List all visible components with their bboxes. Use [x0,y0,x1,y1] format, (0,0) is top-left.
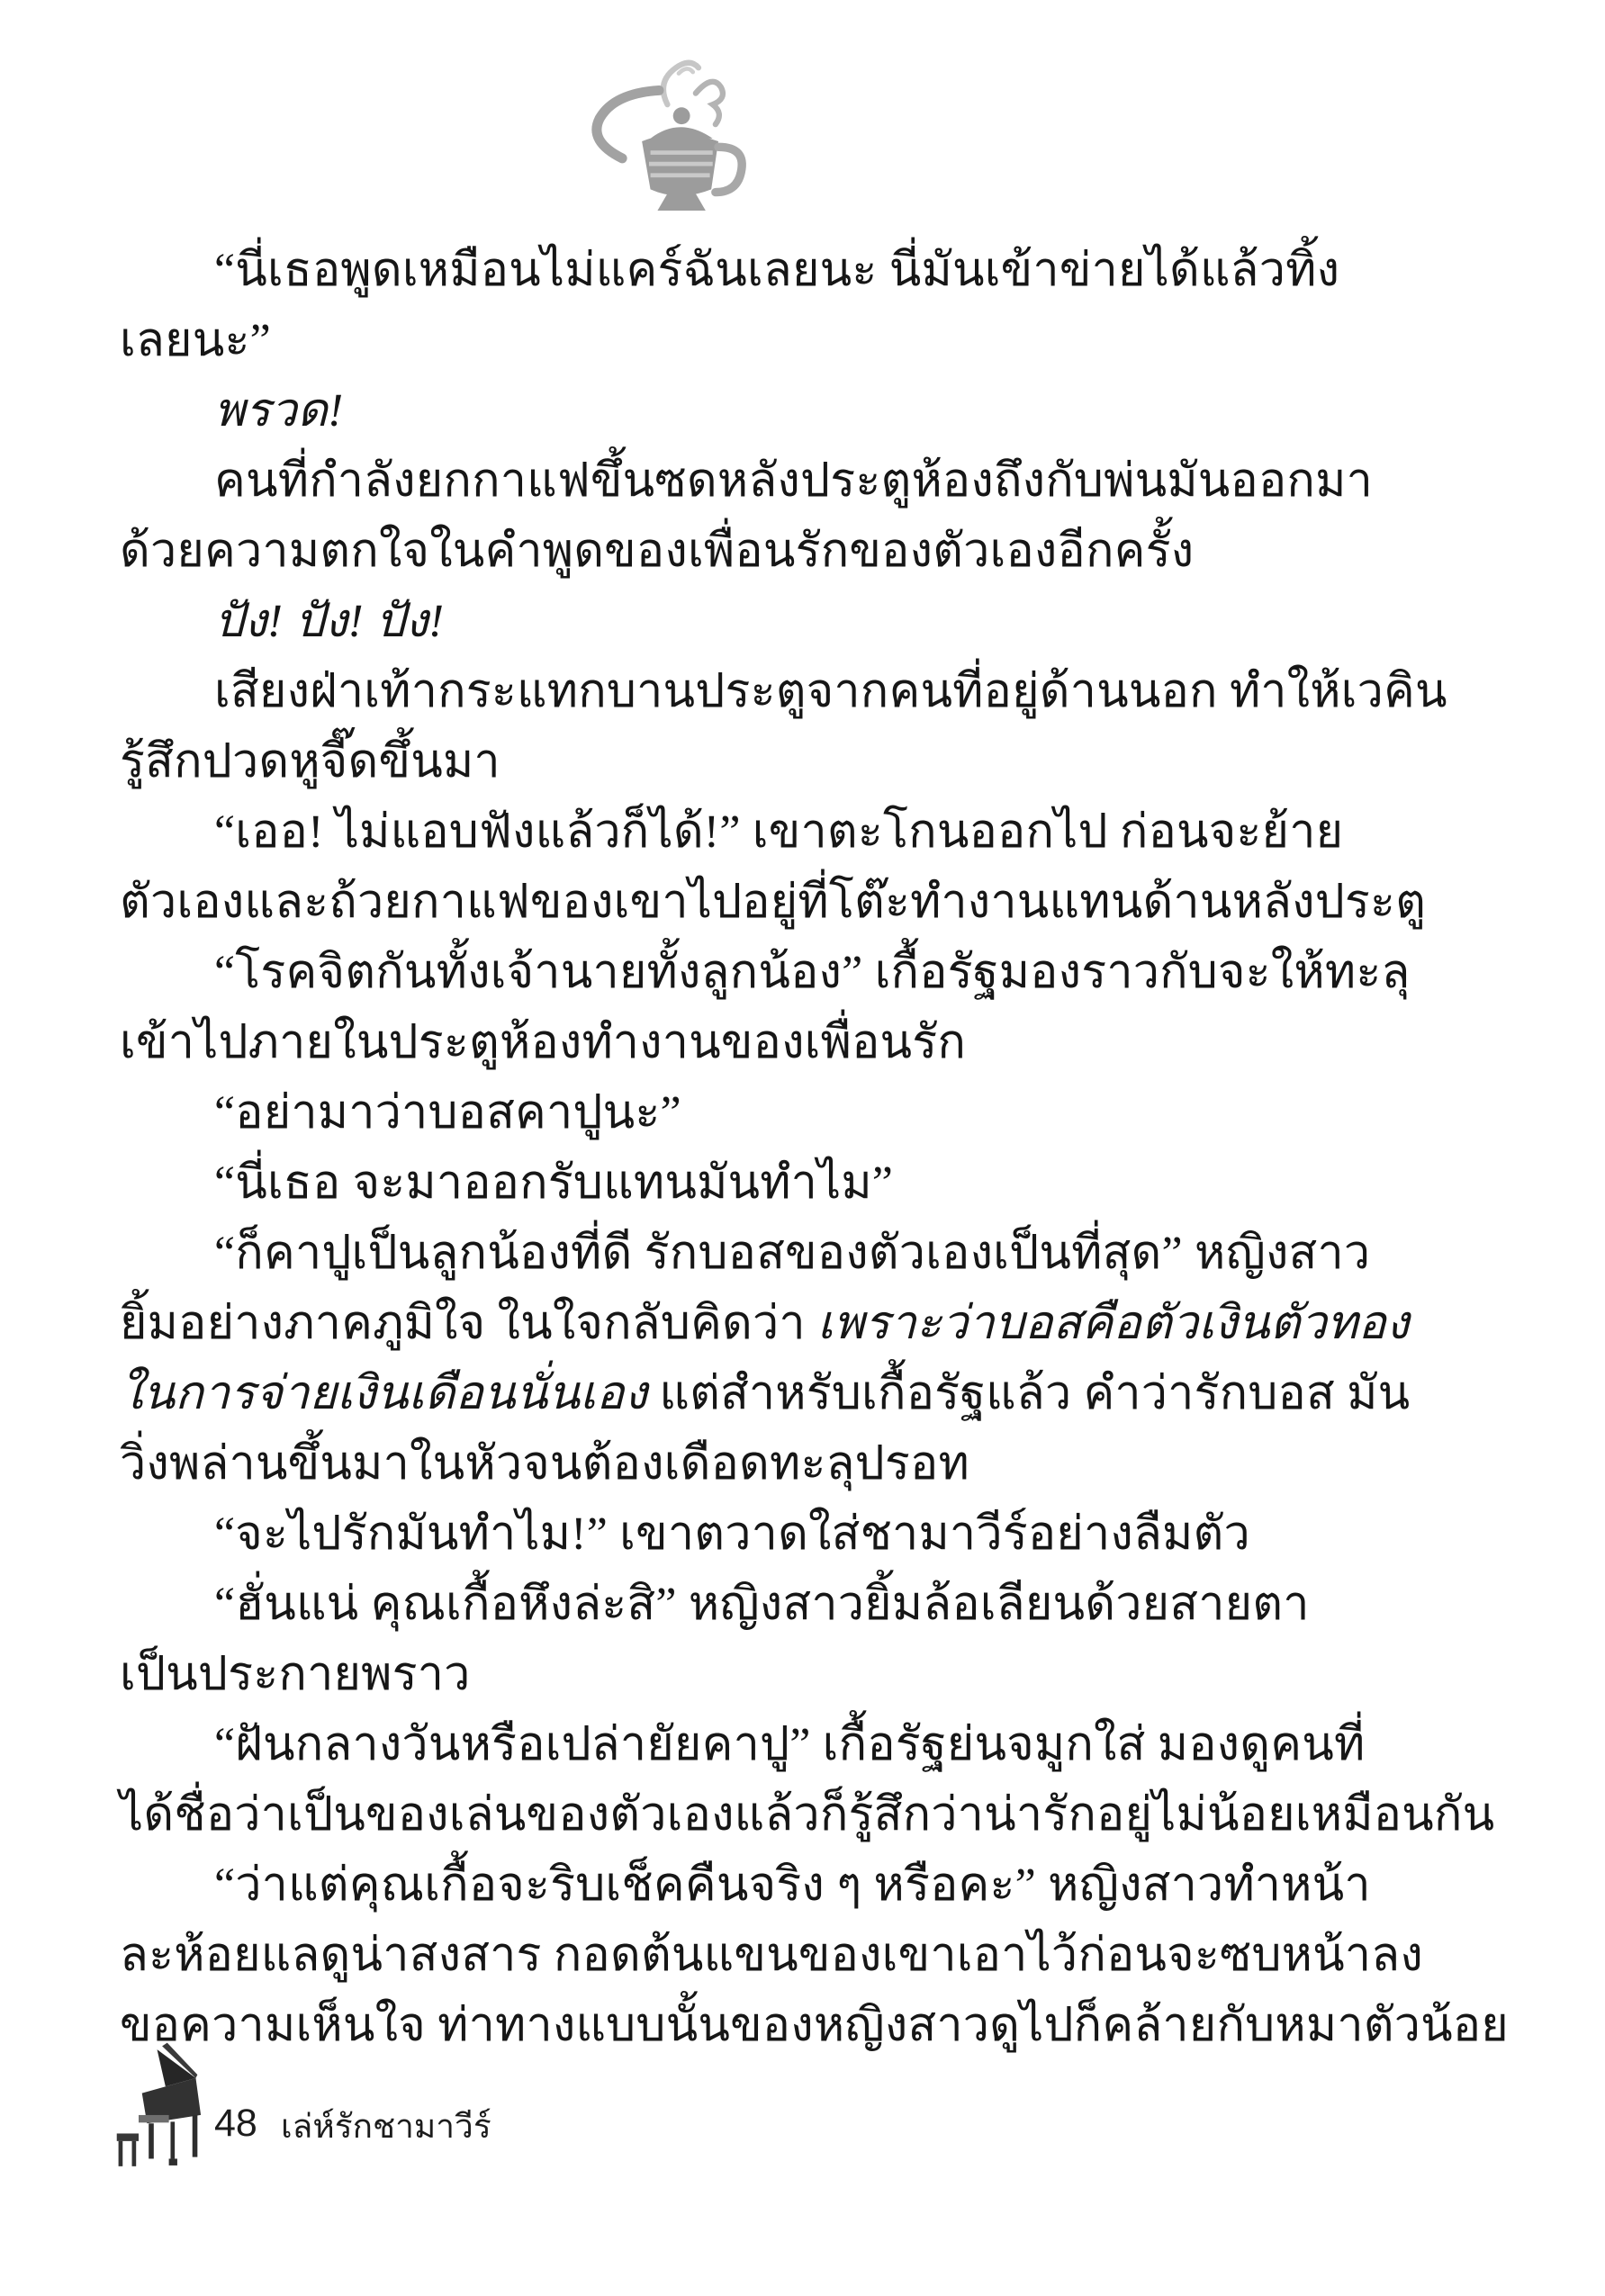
text-line: ในการจ่ายเงินเดือนนั่นเอง แต่สำหรับเกื้อ… [120,1359,1497,1429]
text-segment: แต่สำหรับเกื้อรัฐแล้ว คำว่ารักบอส มัน [647,1368,1410,1419]
text-line: “ก็คาปูเป็นลูกน้องที่ดี รักบอสของตัวเองเ… [120,1219,1497,1289]
book-title: เล่ห์รักชามาวีร์ [281,2106,491,2147]
text-segment: ละห้อยแลดูน่าสงสาร กอดต้นแขนของเขาเอาไว้… [120,1930,1423,1981]
text-segment: “ว่าแต่คุณเกื้อจะริบเช็คคืนจริง ๆ หรือคะ… [214,1859,1371,1911]
text-segment: เป็นประกายพราว [120,1649,471,1700]
text-line: “เออ! ไม่แอบฟังแล้วก็ได้!” เขาตะโกนออกไป… [120,797,1497,868]
text-line: เป็นประกายพราว [120,1640,1497,1710]
text-line: “โรคจิตกันทั้งเจ้านายทั้งลูกน้อง” เกื้อร… [120,938,1497,1008]
text-line: ด้วยความตกใจในคำพูดของเพื่อนรักของตัวเอง… [120,517,1497,587]
page-number: 48 [214,2101,257,2146]
text-line: “อย่ามาว่าบอสคาปูนะ” [120,1078,1497,1148]
text-segment: ได้ชื่อว่าเป็นของเล่นของตัวเองแล้วก็รู้ส… [120,1789,1494,1841]
text-segment: รู้สึกปวดหูจี๊ดขึ้นมา [120,736,500,788]
page-footer: 48 เล่ห์รักชามาวีร์ [113,2032,654,2203]
text-line: ตัวเองและถ้วยกาแฟของเขาไปอยู่ที่โต๊ะทำงา… [120,868,1497,938]
text-line: เลยนะ” [120,306,1497,376]
text-segment: “ฝันกลางวันหรือเปล่ายัยคาปู” เกื้อรัฐย่น… [214,1719,1365,1770]
book-page: “นี่เธอพูดเหมือนไม่แคร์ฉันเลยนะ นี่มันเข… [0,0,1605,2296]
text-line: “ฝันกลางวันหรือเปล่ายัยคาปู” เกื้อรัฐย่น… [120,1710,1497,1780]
text-segment: วิ่งพล่านขึ้นมาในหัวจนต้องเดือดทะลุปรอท [120,1438,969,1490]
text-segment: “นี่เธอพูดเหมือนไม่แคร์ฉันเลยนะ นี่มันเข… [214,245,1339,296]
text-line: ยิ้มอย่างภาคภูมิใจ ในใจกลับคิดว่า เพราะว… [120,1289,1497,1359]
italic-text-segment: เพราะว่าบอสคือตัวเงินตัวทอง [817,1298,1409,1349]
text-line: “ฮั่นแน่ คุณเกื้อหึงล่ะสิ” หญิงสาวยิ้มล้… [120,1570,1497,1640]
grand-piano-icon [113,2032,214,2196]
text-segment: “นี่เธอ จะมาออกรับแทนมันทำไม” [214,1157,893,1209]
text-segment: คนที่กำลังยกกาแฟขึ้นซดหลังประตูห้องถึงกั… [214,455,1373,507]
text-segment: “โรคจิตกันทั้งเจ้านายทั้งลูกน้อง” เกื้อร… [214,947,1411,998]
page-text-block: “นี่เธอพูดเหมือนไม่แคร์ฉันเลยนะ นี่มันเข… [120,236,1497,2061]
text-segment: เลยนะ” [120,315,271,366]
text-segment: ด้วยความตกใจในคำพูดของเพื่อนรักของตัวเอง… [120,526,1194,577]
text-line: ละห้อยแลดูน่าสงสาร กอดต้นแขนของเขาเอาไว้… [120,1921,1497,1991]
text-line: ได้ชื่อว่าเป็นของเล่นของตัวเองแล้วก็รู้ส… [120,1780,1497,1850]
italic-text-segment: ในการจ่ายเงินเดือนนั่นเอง [120,1368,647,1419]
text-line: “นี่เธอพูดเหมือนไม่แคร์ฉันเลยนะ นี่มันเข… [120,236,1497,306]
text-segment: “จะไปรักมันทำไม!” เขาตวาดใส่ชามาวีร์อย่า… [214,1508,1250,1560]
text-line: วิ่งพล่านขึ้นมาในหัวจนต้องเดือดทะลุปรอท [120,1429,1497,1499]
text-segment: ตัวเองและถ้วยกาแฟของเขาไปอยู่ที่โต๊ะทำงา… [120,877,1426,928]
text-line: ปัง! ปัง! ปัง! [120,587,1497,657]
text-line: รู้สึกปวดหูจี๊ดขึ้นมา [120,727,1497,797]
text-segment: เข้าไปภายในประตูห้องทำงานของเพื่อนรัก [120,1017,966,1068]
teapot-steam-ornament-icon [560,56,758,227]
italic-text-segment: ปัง! ปัง! ปัง! [214,596,444,647]
text-segment: “ก็คาปูเป็นลูกน้องที่ดี รักบอสของตัวเองเ… [214,1228,1370,1279]
text-line: เข้าไปภายในประตูห้องทำงานของเพื่อนรัก [120,1008,1497,1078]
text-line: “นี่เธอ จะมาออกรับแทนมันทำไม” [120,1148,1497,1219]
text-segment: “ฮั่นแน่ คุณเกื้อหึงล่ะสิ” หญิงสาวยิ้มล้… [214,1579,1310,1630]
text-line: “ว่าแต่คุณเกื้อจะริบเช็คคืนจริง ๆ หรือคะ… [120,1850,1497,1921]
text-line: “จะไปรักมันทำไม!” เขาตวาดใส่ชามาวีร์อย่า… [120,1499,1497,1570]
text-segment: “เออ! ไม่แอบฟังแล้วก็ได้!” เขาตะโกนออกไป… [214,806,1343,858]
text-segment: ยิ้มอย่างภาคภูมิใจ ในใจกลับคิดว่า [120,1298,817,1349]
text-segment: “อย่ามาว่าบอสคาปูนะ” [214,1087,681,1139]
text-line: พรวด! [120,376,1497,446]
text-segment: เสียงฝ่าเท้ากระแทกบานประตูจากคนที่อยู่ด้… [214,666,1447,717]
text-line: เสียงฝ่าเท้ากระแทกบานประตูจากคนที่อยู่ด้… [120,657,1497,727]
text-line: คนที่กำลังยกกาแฟขึ้นซดหลังประตูห้องถึงกั… [120,446,1497,517]
italic-text-segment: พรวด! [214,385,344,437]
